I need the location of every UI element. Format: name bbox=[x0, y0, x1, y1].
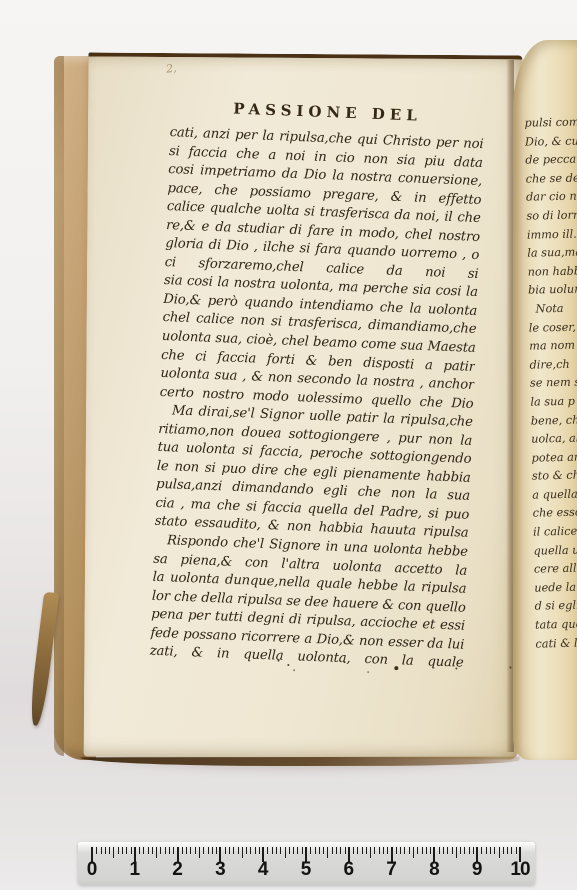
facing-text-line: che esso C bbox=[533, 504, 577, 524]
handwritten-mark: 2, bbox=[166, 62, 178, 76]
facing-text-line: potea anc bbox=[531, 448, 577, 468]
ruler-number: 8 bbox=[421, 859, 447, 881]
ruler-number: 3 bbox=[207, 859, 233, 881]
facing-text-line: dar cio nch bbox=[526, 188, 577, 208]
ruler-number: 7 bbox=[379, 859, 405, 881]
facing-text-line: sto & che bbox=[532, 467, 577, 487]
facing-text-line: quella uoll bbox=[533, 541, 577, 561]
facing-text-line: uolca, al bbox=[531, 429, 577, 449]
facing-page: pulsi commDio, & cude peccatoche se deue… bbox=[513, 40, 577, 760]
facing-text-line: pulsi comm bbox=[524, 113, 577, 133]
facing-text-line: tata ques bbox=[535, 615, 577, 635]
facing-text-line: la sua p bbox=[530, 392, 577, 412]
facing-page-text: pulsi commDio, & cude peccatoche se deue… bbox=[524, 113, 577, 653]
facing-text-line: il calice, al bbox=[533, 522, 577, 542]
facing-text-line: cere alla bbox=[534, 560, 577, 580]
open-book: 2, PASSIONE DEL cati, anzi per la ripuls… bbox=[0, 0, 577, 800]
facing-text-line: se nem s bbox=[530, 374, 577, 394]
ruler-number: 9 bbox=[464, 859, 490, 881]
ruler-numbers: 012345678910 bbox=[92, 842, 522, 885]
facing-text-line: cati & lla bbox=[535, 634, 577, 654]
ruler-number: 6 bbox=[336, 859, 362, 881]
ruler-number: 4 bbox=[250, 859, 276, 881]
ruler-number: 2 bbox=[165, 859, 191, 881]
left-page-content: 2, PASSIONE DEL cati, anzi per la ripuls… bbox=[64, 54, 525, 770]
photo-backdrop: 2, PASSIONE DEL cati, anzi per la ripuls… bbox=[0, 0, 577, 890]
facing-text-line: la sua,ma bbox=[527, 244, 577, 264]
facing-text-line: le coser, bbox=[529, 318, 577, 338]
binding-spine-shading bbox=[54, 56, 64, 756]
facing-text-line: de peccato bbox=[525, 151, 577, 171]
ruler-number: 5 bbox=[293, 859, 319, 881]
facing-text-line: che se deue bbox=[526, 169, 577, 189]
ruler: 012345678910 bbox=[78, 842, 535, 885]
ink-specks bbox=[277, 660, 279, 662]
left-page: 2, PASSIONE DEL cati, anzi per la ripuls… bbox=[84, 52, 523, 759]
facing-text-line: immo ill. d bbox=[527, 225, 577, 245]
facing-text-line: a quella suc bbox=[532, 485, 577, 505]
facing-text-line: Dio, & cu bbox=[525, 132, 577, 152]
main-text-block: cati, anzi per la ripulsa,che qui Christ… bbox=[149, 124, 483, 674]
facing-text-line: bia uolunt bbox=[528, 281, 577, 301]
ruler-number: 1 bbox=[122, 859, 148, 881]
ruler-number: 10 bbox=[507, 859, 533, 881]
facing-text-line: bene, ch bbox=[531, 411, 577, 431]
facing-text-line: ma nom bbox=[529, 337, 577, 357]
facing-text-line: non habb bbox=[527, 262, 577, 282]
facing-text-line: d si egli bbox=[534, 597, 577, 617]
facing-text-line: so di lorno, bbox=[526, 206, 577, 226]
facing-text-line: Nota bbox=[528, 299, 577, 319]
running-header: PASSIONE DEL bbox=[170, 97, 484, 127]
facing-text-line: uede la g bbox=[534, 578, 577, 598]
facing-text-line: dire,ch bbox=[529, 355, 577, 375]
ruler-number: 0 bbox=[79, 859, 105, 881]
